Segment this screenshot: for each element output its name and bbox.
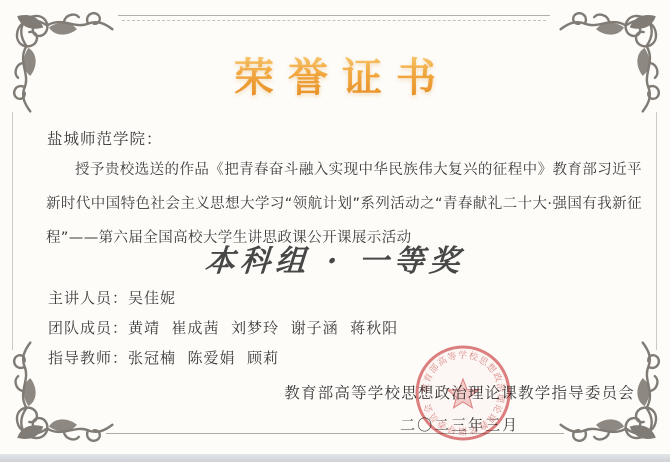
recipient-name: 盐城师范学院： (47, 127, 163, 149)
field-row-advisors: 指导教师：张冠楠 陈爱娟 顾莉 (48, 347, 398, 365)
official-seal: 教育部高等学校思想政治理论课教学指导委员会 (413, 343, 513, 443)
field-value: 黄靖 崔成茜 刘梦玲 谢子涵 蒋秋阳 (128, 319, 398, 337)
certificate: 荣誉证书 盐城师范学院： 授予贵校选送的作品《把青春奋斗融入实现中华民族伟大复兴… (0, 0, 670, 462)
border-right-line (656, 112, 657, 350)
participant-fields: 主讲人员：吴佳妮 团队成员：黄靖 崔成茜 刘梦玲 谢子涵 蒋秋阳 指导教师：张冠… (48, 287, 398, 377)
field-value: 张冠楠 陈爱娟 顾莉 (128, 349, 279, 367)
field-row-team: 团队成员：黄靖 崔成茜 刘梦玲 谢子涵 蒋秋阳 (48, 317, 398, 335)
border-top-line (118, 15, 550, 16)
field-value: 吴佳妮 (128, 289, 176, 307)
photo-edge (0, 454, 670, 462)
field-label: 团队成员： (48, 319, 128, 337)
border-top-dashed-line (122, 20, 546, 21)
field-label: 指导教师： (48, 349, 128, 367)
field-row-speaker: 主讲人员：吴佳妮 (48, 287, 398, 305)
certificate-title: 荣誉证书 (0, 46, 670, 103)
field-label: 主讲人员： (48, 289, 128, 307)
border-left-line (12, 112, 13, 350)
award-title: 本科组 · 一等奖 (0, 236, 670, 280)
